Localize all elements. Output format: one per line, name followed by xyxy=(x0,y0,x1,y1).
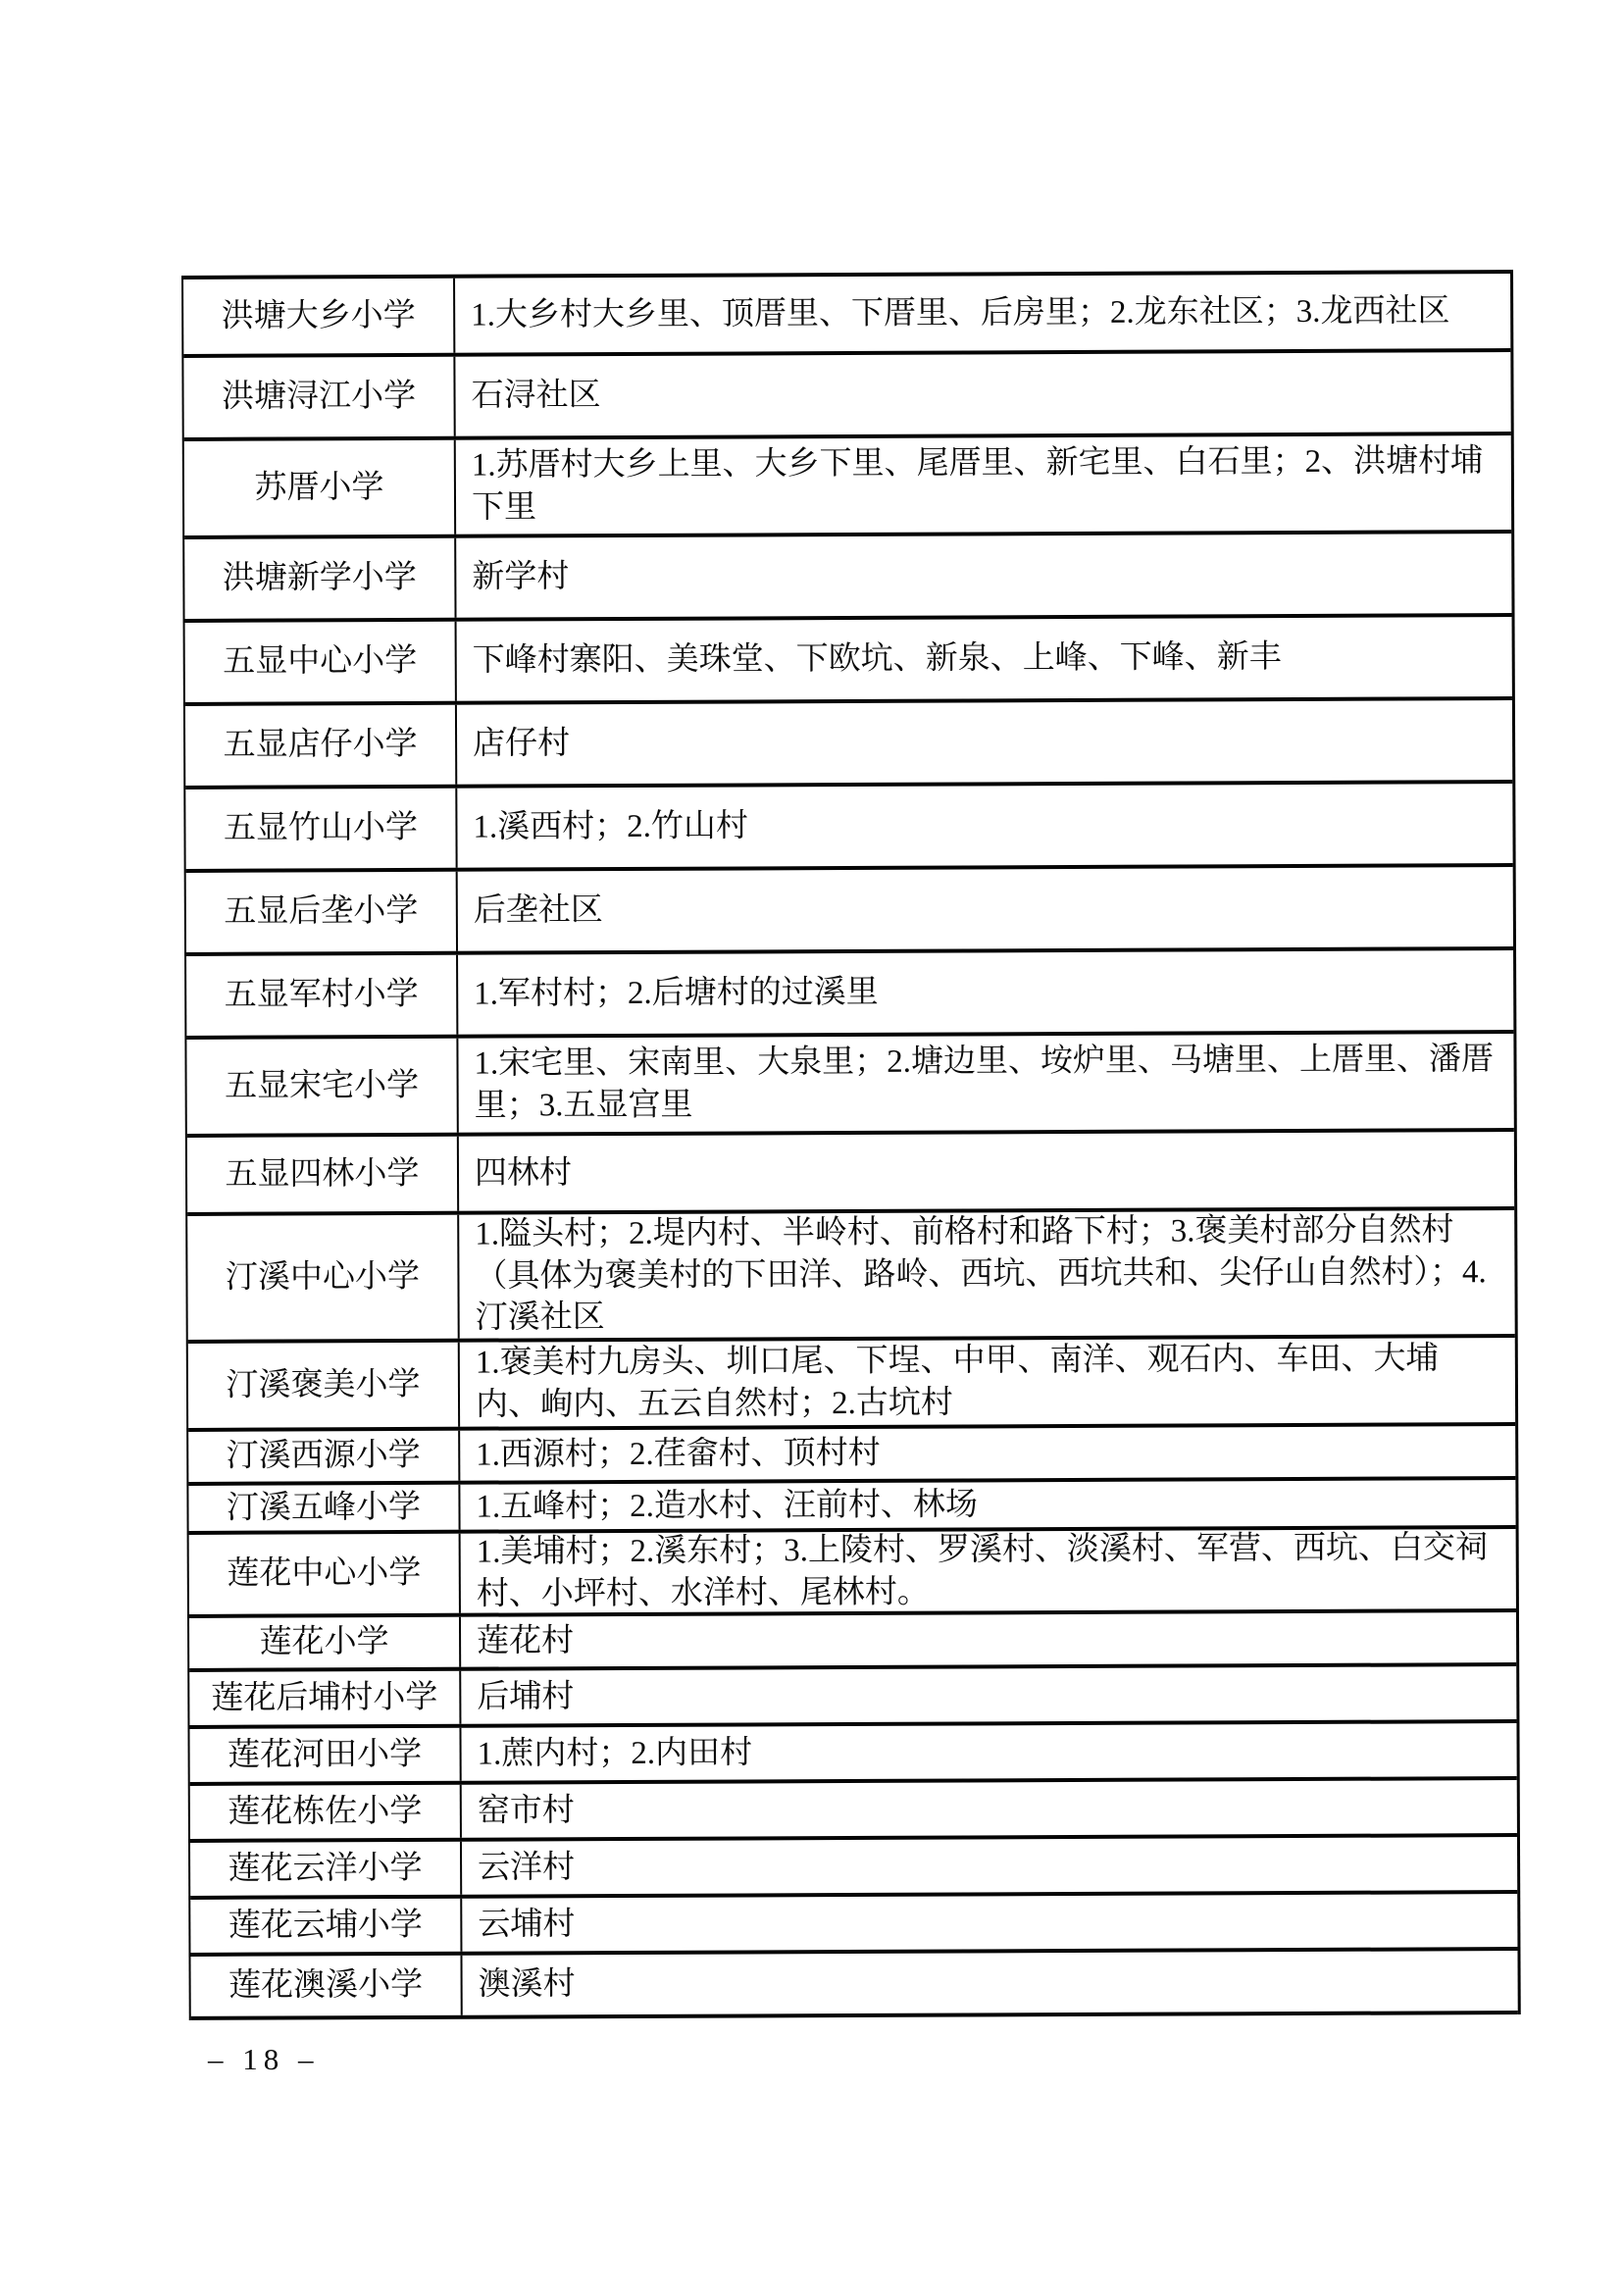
table-row: 五显军村小学 1.军村村；2.后塘村的过溪里 xyxy=(186,950,1513,1040)
service-area-cell: 后埔村 xyxy=(461,1666,1516,1724)
service-area-text: 1.西源村；2.荏畲村、顶村村 xyxy=(476,1430,1501,1476)
school-name-cell: 五显中心小学 xyxy=(185,622,457,702)
table-row: 汀溪西源小学 1.西源村；2.荏畲村、顶村村 xyxy=(188,1426,1515,1486)
service-area-cell: 石浔社区 xyxy=(455,352,1510,436)
service-area-cell: 1.溪西村；2.竹山村 xyxy=(457,784,1512,868)
school-name-cell: 汀溪褒美小学 xyxy=(188,1343,460,1428)
table-row: 莲花栋佐小学 窑市村 xyxy=(190,1780,1517,1843)
service-area-text: 1.溪西村；2.竹山村 xyxy=(473,802,1498,848)
page-number: – 18 – xyxy=(208,2042,320,2077)
school-name-cell: 汀溪五峰小学 xyxy=(188,1485,460,1531)
table-row: 莲花澳溪小学 澳溪村 xyxy=(190,1951,1517,2020)
school-name-cell: 莲花云洋小学 xyxy=(190,1842,462,1896)
service-area-cell: 1.五峰村；2.造水村、汪前村、林场 xyxy=(460,1480,1515,1530)
table-row: 莲花中心小学 1.美埔村；2.溪东村；3.上陵村、罗溪村、淡溪村、军营、西坑、白… xyxy=(189,1529,1516,1618)
service-area-text: 窑市村 xyxy=(478,1786,1503,1832)
school-name-cell: 汀溪西源小学 xyxy=(188,1431,460,1482)
table-row: 莲花后埔村小学 后埔村 xyxy=(189,1666,1516,1729)
service-area-cell: 后垄社区 xyxy=(458,867,1513,951)
table-row: 五显中心小学 下峰村寨阳、美珠堂、下欧坑、新泉、上峰、下峰、新丰 xyxy=(185,617,1512,706)
school-name-cell: 五显军村小学 xyxy=(186,955,458,1036)
service-area-text: 莲花村 xyxy=(477,1616,1502,1662)
service-area-text: 下峰村寨阳、美珠堂、下欧坑、新泉、上峰、下峰、新丰 xyxy=(473,636,1498,682)
service-area-text: 云埔村 xyxy=(478,1900,1503,1946)
service-area-cell: 1.宋宅里、宋南里、大泉里；2.塘边里、垵炉里、马塘里、上厝里、潘厝里；3.五显… xyxy=(458,1034,1513,1133)
school-name-cell: 五显后垄小学 xyxy=(186,872,458,952)
service-area-cell: 窑市村 xyxy=(462,1780,1517,1838)
table-row: 洪塘大乡小学 1.大乡村大乡里、顶厝里、下厝里、后房里；2.龙东社区；3.龙西社… xyxy=(183,274,1510,358)
service-area-cell: 1.大乡村大乡里、顶厝里、下厝里、后房里；2.龙东社区；3.龙西社区 xyxy=(455,274,1510,353)
school-name-cell: 莲花澳溪小学 xyxy=(190,1956,462,2016)
service-area-cell: 云洋村 xyxy=(462,1837,1517,1895)
school-name-cell: 莲花后埔村小学 xyxy=(189,1671,461,1725)
table-row: 苏厝小学 1.苏厝村大乡上里、大乡下里、尾厝里、新宅里、白石里；2、洪塘村埔下里 xyxy=(184,435,1511,539)
table-row: 莲花河田小学 1.蔗内村；2.内田村 xyxy=(189,1723,1516,1786)
table-row: 汀溪褒美小学 1.褒美村九房头、圳口尾、下埕、中甲、南洋、观石内、车田、大埔内、… xyxy=(188,1338,1515,1432)
table-row: 五显四林小学 四林村 xyxy=(187,1132,1514,1216)
service-area-cell: 1.西源村；2.荏畲村、顶村村 xyxy=(460,1426,1515,1481)
school-name-cell: 莲花栋佐小学 xyxy=(190,1785,462,1839)
service-area-cell: 1.褒美村九房头、圳口尾、下埕、中甲、南洋、观石内、车田、大埔内、峋内、五云自然… xyxy=(460,1338,1515,1427)
document-page: 洪塘大乡小学 1.大乡村大乡里、顶厝里、下厝里、后房里；2.龙东社区；3.龙西社… xyxy=(0,0,1624,2293)
service-area-cell: 四林村 xyxy=(459,1132,1514,1211)
table-row: 洪塘新学小学 新学村 xyxy=(184,534,1511,623)
service-area-cell: 1.隘头村；2.堤内村、半岭村、前格村和路下村；3.褒美村部分自然村（具体为褒美… xyxy=(459,1210,1515,1339)
service-area-text: 1.军村村；2.后塘村的过溪里 xyxy=(474,969,1499,1015)
school-name-cell: 莲花云埔小学 xyxy=(190,1899,462,1953)
school-name-cell: 莲花小学 xyxy=(189,1617,461,1668)
service-area-text: 云洋村 xyxy=(478,1843,1503,1889)
school-name-cell: 洪塘新学小学 xyxy=(184,538,456,619)
school-name-cell: 莲花河田小学 xyxy=(189,1728,461,1782)
service-area-text: 1.大乡村大乡里、顶厝里、下厝里、后房里；2.龙东社区；3.龙西社区 xyxy=(471,290,1497,336)
service-area-cell: 下峰村寨阳、美珠堂、下欧坑、新泉、上峰、下峰、新丰 xyxy=(457,617,1512,701)
service-area-cell: 莲花村 xyxy=(461,1612,1516,1667)
service-area-cell: 店仔村 xyxy=(457,700,1512,785)
service-area-cell: 1.美埔村；2.溪东村；3.上陵村、罗溪村、淡溪村、军营、西坑、白交祠村、小坪村… xyxy=(461,1529,1516,1613)
school-name-cell: 五显竹山小学 xyxy=(185,789,457,869)
service-area-text: 1.苏厝村大乡上里、大乡下里、尾厝里、新宅里、白石里；2、洪塘村埔下里 xyxy=(472,440,1497,529)
service-area-text: 1.褒美村九房头、圳口尾、下埕、中甲、南洋、观石内、车田、大埔内、峋内、五云自然… xyxy=(476,1338,1501,1426)
table-row: 莲花云洋小学 云洋村 xyxy=(190,1837,1517,1900)
service-area-text: 后垄社区 xyxy=(474,886,1499,932)
service-area-text: 1.蔗内村；2.内田村 xyxy=(477,1729,1502,1775)
service-area-text: 店仔村 xyxy=(473,719,1498,765)
table-row: 洪塘浔江小学 石浔社区 xyxy=(183,352,1510,441)
service-area-text: 石浔社区 xyxy=(471,371,1497,417)
table-row: 莲花小学 莲花村 xyxy=(189,1612,1516,1672)
service-area-cell: 澳溪村 xyxy=(462,1951,1517,2015)
service-area-text: 后埔村 xyxy=(477,1672,1502,1718)
service-area-text: 1.五峰村；2.造水村、汪前村、林场 xyxy=(476,1482,1501,1528)
service-area-text: 四林村 xyxy=(475,1148,1500,1195)
school-name-cell: 苏厝小学 xyxy=(184,440,456,535)
service-area-cell: 云埔村 xyxy=(462,1894,1517,1952)
school-name-cell: 五显宋宅小学 xyxy=(186,1039,458,1134)
school-areas-table: 洪塘大乡小学 1.大乡村大乡里、顶厝里、下厝里、后房里；2.龙东社区；3.龙西社… xyxy=(181,270,1521,2020)
table-row: 五显后垄小学 后垄社区 xyxy=(186,867,1513,956)
service-area-cell: 新学村 xyxy=(456,534,1511,618)
school-name-cell: 汀溪中心小学 xyxy=(187,1215,460,1340)
table-row: 五显店仔小学 店仔村 xyxy=(185,700,1512,790)
service-area-text: 澳溪村 xyxy=(479,1960,1504,2006)
service-area-text: 1.美埔村；2.溪东村；3.上陵村、罗溪村、淡溪村、军营、西坑、白交祠村、小坪村… xyxy=(477,1527,1502,1615)
table-row: 五显宋宅小学 1.宋宅里、宋南里、大泉里；2.塘边里、垵炉里、马塘里、上厝里、潘… xyxy=(186,1034,1513,1138)
school-name-cell: 洪塘大乡小学 xyxy=(183,279,455,354)
service-area-cell: 1.苏厝村大乡上里、大乡下里、尾厝里、新宅里、白石里；2、洪塘村埔下里 xyxy=(456,435,1511,535)
service-area-cell: 1.蔗内村；2.内田村 xyxy=(461,1723,1516,1781)
service-area-text: 1.隘头村；2.堤内村、半岭村、前格村和路下村；3.褒美村部分自然村（具体为褒美… xyxy=(475,1209,1501,1340)
table-row: 汀溪中心小学 1.隘头村；2.堤内村、半岭村、前格村和路下村；3.褒美村部分自然… xyxy=(187,1210,1515,1344)
service-area-cell: 1.军村村；2.后塘村的过溪里 xyxy=(458,950,1513,1035)
school-name-cell: 洪塘浔江小学 xyxy=(183,357,455,437)
table-row: 五显竹山小学 1.溪西村；2.竹山村 xyxy=(185,784,1512,873)
school-name-cell: 五显店仔小学 xyxy=(185,705,457,786)
table-row: 莲花云埔小学 云埔村 xyxy=(190,1894,1517,1957)
service-area-text: 1.宋宅里、宋南里、大泉里；2.塘边里、垵炉里、马塘里、上厝里、潘厝里；3.五显… xyxy=(474,1039,1499,1127)
service-area-text: 新学村 xyxy=(472,552,1497,598)
school-name-cell: 莲花中心小学 xyxy=(189,1534,461,1614)
school-name-cell: 五显四林小学 xyxy=(187,1137,459,1212)
